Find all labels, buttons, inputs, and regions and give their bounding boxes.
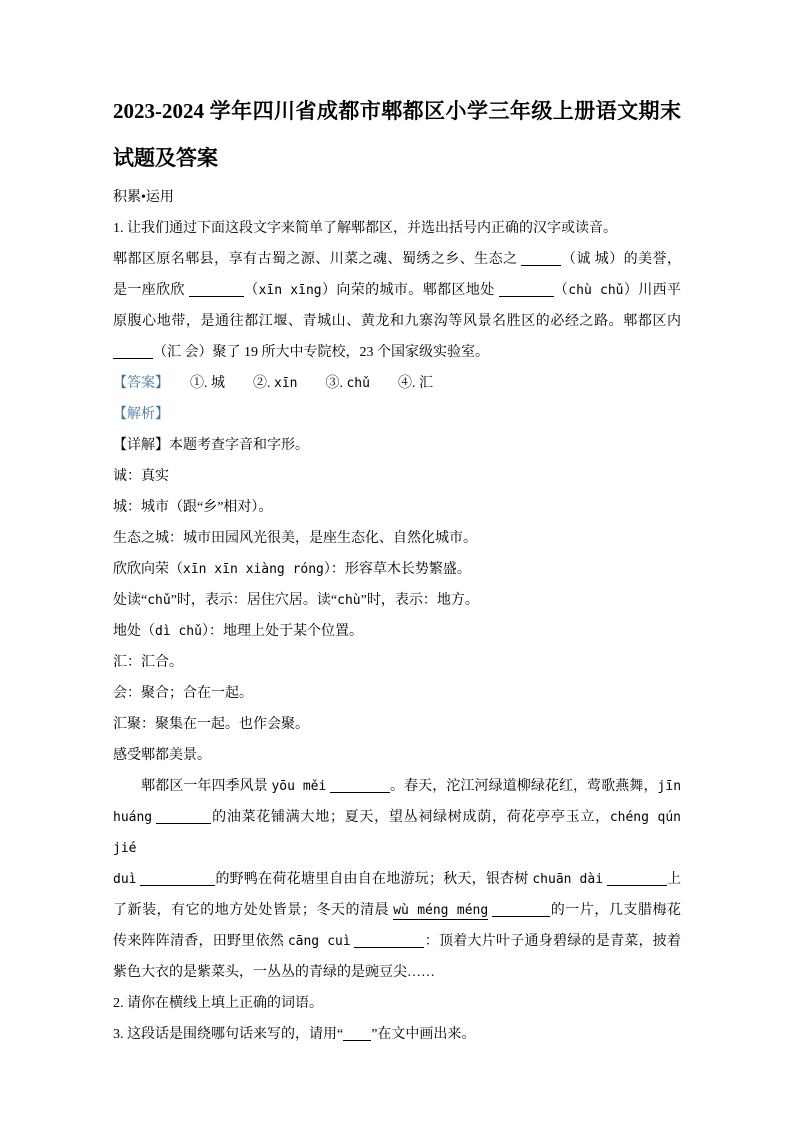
doc-line: 欣欣向荣（xīn xīn xiàng róng）：形容草木长势繁盛。 <box>113 554 681 585</box>
text-run: ”时，表示：居住穴居。读“ <box>171 593 337 608</box>
pinyin-run: xīn xīng <box>259 283 322 298</box>
doc-line: （汇 会）聚了 19 所大中专院校，23 个国家级实验室。 <box>113 337 681 368</box>
blank-underline <box>156 809 211 824</box>
section-heading: 积累•运用 <box>113 182 681 213</box>
blank-underline <box>113 344 153 359</box>
text-run: 生态之城：城市田园风光很美，是座生态化、自然化城市。 <box>113 531 477 546</box>
doc-line: huáng 的油菜花铺满大地；夏天，望丛祠绿树成荫，荷花亭亭玉立，chéng q… <box>113 802 681 864</box>
pinyin-run: xīn <box>274 376 297 391</box>
doc-line: 汇聚：聚集在一起。也作会聚。 <box>113 709 681 740</box>
text-run: ”时，表示：地方。 <box>361 593 479 608</box>
doc-line: 地处（dì chǔ）：地理上处于某个位置。 <box>113 616 681 647</box>
doc-line: 2. 请你在横线上填上正确的词语。 <box>113 988 681 1019</box>
blank-underline <box>499 282 554 297</box>
text-run: 郫都区原名郫县，享有古蜀之源、川菜之魂、蜀绣之乡、生态之 <box>113 252 521 267</box>
text-run: 紫色大衣的是紫菜头，一丛丛的青绿的是豌豆尖…… <box>113 965 435 980</box>
doc-line: 【解析】 <box>113 399 681 430</box>
pinyin-run: chǔ <box>346 376 369 391</box>
text-run: 上 <box>667 872 681 887</box>
blank-underline <box>330 778 390 793</box>
doc-line: 紫色大衣的是紫菜头，一丛丛的青绿的是豌豆尖…… <box>113 957 681 988</box>
doc-line: 3. 这段话是围绕哪句话来写的，请用“”在文中画出来。 <box>113 1019 681 1050</box>
doc-line: 郫都区原名郫县，享有古蜀之源、川菜之魂、蜀绣之乡、生态之 （诚 城）的美誉， <box>113 244 681 275</box>
doc-line: 生态之城：城市田园风光很美，是座生态化、自然化城市。 <box>113 523 681 554</box>
text-run: 【详解】本题考查字音和字形。 <box>113 438 309 453</box>
doc-line: duì 的野鸭在荷花塘里自由自在地游玩；秋天，银杏树 chuān dài 上 <box>113 864 681 895</box>
text-run: （ <box>554 283 569 298</box>
text-run: ③. <box>297 376 346 391</box>
doc-line: 是一座欣欣 （xīn xīng）向荣的城市。郫都区地处 （chù chǔ）川西平 <box>113 275 681 306</box>
blank-underline <box>343 1026 371 1041</box>
text-run: 1. 让我们通过下面这段文字来简单了解郫都区，并选出括号内正确的汉字或读音。 <box>113 221 617 236</box>
text-run: 的野鸭在荷花塘里自由自在地游玩；秋天，银杏树 <box>215 872 532 887</box>
text-run: 汇：汇合。 <box>113 655 183 670</box>
accent-label: 【解析】 <box>113 407 169 422</box>
document-lines: 1. 让我们通过下面这段文字来简单了解郫都区，并选出括号内正确的汉字或读音。郫都… <box>113 213 681 1050</box>
text-run: ：顶着大片叶子通身碧绿的是青菜，披着 <box>424 934 681 949</box>
text-run: 是一座欣欣 <box>113 283 189 298</box>
text-run: 地处（ <box>113 624 155 639</box>
text-run: ）川西平 <box>623 283 681 298</box>
doc-line: 【答案】 ①. 城 ②. xīn ③. chǔ ④. 汇 <box>113 368 681 399</box>
pinyin-run: yōu měi <box>271 779 326 794</box>
blank-underline <box>607 871 667 886</box>
doc-line: 传来阵阵清香，田野里依然 cāng cuì ：顶着大片叶子通身碧绿的是青菜，披着 <box>113 926 681 957</box>
text-run: 。春天，沱江河绿道柳绿花红，莺歌燕舞， <box>390 779 658 794</box>
text-run: 感受郫都美景。 <box>113 748 211 763</box>
text-run: （汇 会）聚了 19 所大中专院校，23 个国家级实验室。 <box>153 345 489 360</box>
blank-underline <box>354 933 424 948</box>
accent-label: 【答案】 <box>113 376 162 391</box>
pinyin-run: xīn xīn xiàng róng <box>183 562 324 577</box>
text-run: 了新装，有它的地方处处皆景；冬天的清晨 <box>113 903 393 918</box>
pinyin-run: chù <box>337 593 360 608</box>
text-run: ）：形容草木长势繁盛。 <box>324 562 471 577</box>
text-run: 2. 请你在横线上填上正确的词语。 <box>113 996 323 1011</box>
pinyin-run: huáng <box>113 810 152 825</box>
text-run: ①. 城 ②. <box>162 376 274 391</box>
text-run: 处读“ <box>113 593 147 608</box>
pinyin-run: cāng cuì <box>288 934 351 949</box>
text-run: 的油菜花铺满大地；夏天，望丛祠绿树成荫，荷花亭亭玉立， <box>211 810 609 825</box>
doc-line: 处读“chǔ”时，表示：居住穴居。读“chù”时，表示：地方。 <box>113 585 681 616</box>
pinyin-run: chù chǔ <box>568 283 623 298</box>
text-run: ”在文中画出来。 <box>371 1027 475 1042</box>
document-title: 2023-2024 学年四川省成都市郫都区小学三年级上册语文期末试题及答案 <box>113 88 681 182</box>
text-run: 会：聚合；合在一起。 <box>113 686 253 701</box>
text-run: 欣欣向荣（ <box>113 562 183 577</box>
text-run: 汇聚：聚集在一起。也作会聚。 <box>113 717 309 732</box>
doc-line: 郫都区一年四季风景 yōu měi 。春天，沱江河绿道柳绿花红，莺歌燕舞，jīn <box>113 771 681 802</box>
doc-line: 【详解】本题考查字音和字形。 <box>113 430 681 461</box>
pinyin-run: wù méng méng <box>393 903 488 920</box>
doc-line: 城：城市（跟“乡”相对）。 <box>113 492 681 523</box>
text-run: 原腹心地带，是通往都江堰、青城山、黄龙和九寨沟等风景名胜区的必经之路。郫都区内 <box>113 314 681 329</box>
pinyin-run: duì <box>113 872 136 887</box>
text-run: ）：地理上处于某个位置。 <box>202 624 363 639</box>
text-run: 的一片，几支腊梅花 <box>550 903 681 918</box>
pinyin-run: jīn <box>658 779 681 794</box>
blank-underline <box>140 871 215 886</box>
doc-line: 会：聚合；合在一起。 <box>113 678 681 709</box>
text-run: 郫都区一年四季风景 <box>113 779 271 794</box>
blank-underline <box>492 902 550 917</box>
text-run: （诚 城）的美誉， <box>561 252 681 267</box>
pinyin-run: chuān dài <box>532 872 603 887</box>
exam-document-page: 2023-2024 学年四川省成都市郫都区小学三年级上册语文期末试题及答案 积累… <box>0 0 793 1122</box>
doc-line: 了新装，有它的地方处处皆景；冬天的清晨 wù méng méng 的一片，几支腊… <box>113 895 681 926</box>
text-run: （ <box>244 283 259 298</box>
text-run: ④. 汇 <box>370 376 433 391</box>
doc-line: 感受郫都美景。 <box>113 740 681 771</box>
pinyin-run: dì chǔ <box>155 624 202 639</box>
blank-underline <box>521 251 561 266</box>
doc-line: 原腹心地带，是通往都江堰、青城山、黄龙和九寨沟等风景名胜区的必经之路。郫都区内 <box>113 306 681 337</box>
blank-underline <box>189 282 244 297</box>
text-run: ）向荣的城市。郫都区地处 <box>322 283 499 298</box>
doc-line: 1. 让我们通过下面这段文字来简单了解郫都区，并选出括号内正确的汉字或读音。 <box>113 213 681 244</box>
pinyin-run: chǔ <box>147 593 170 608</box>
doc-line: 诚：真实 <box>113 461 681 492</box>
doc-line: 汇：汇合。 <box>113 647 681 678</box>
text-run: 传来阵阵清香，田野里依然 <box>113 934 288 949</box>
text-run: 3. 这段话是围绕哪句话来写的，请用“ <box>113 1027 343 1042</box>
text-run: 城：城市（跟“乡”相对）。 <box>113 500 272 515</box>
text-run: 诚：真实 <box>113 469 169 484</box>
